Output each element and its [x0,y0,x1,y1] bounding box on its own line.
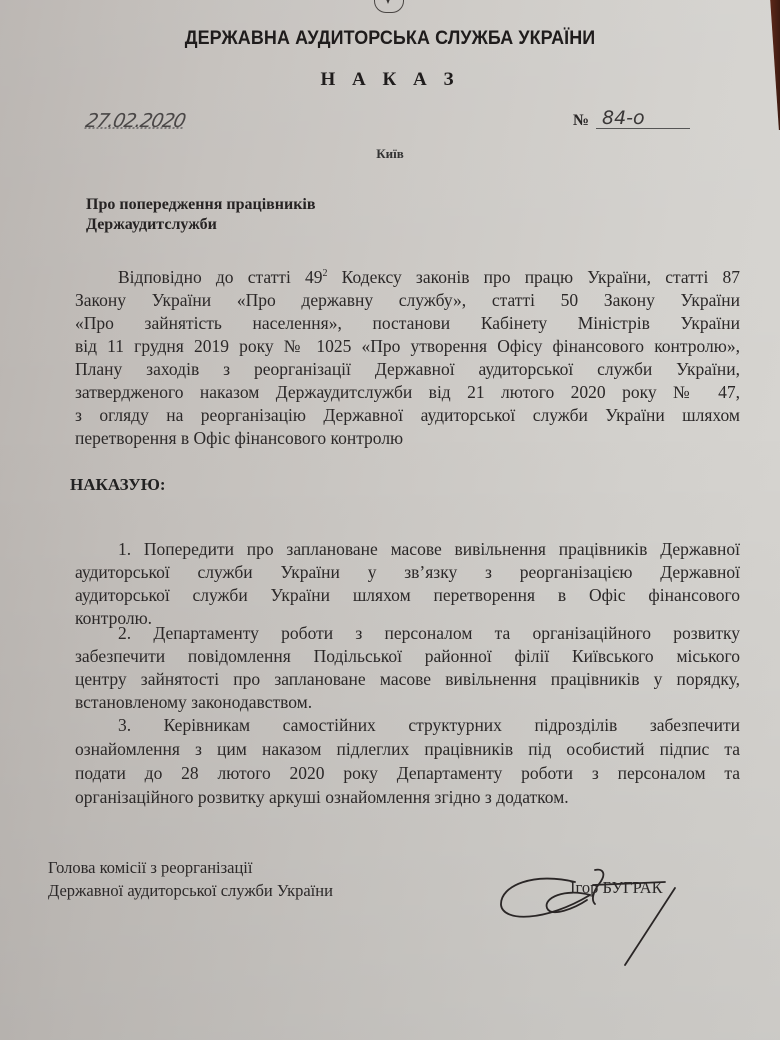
item-line: ознайомлення з цим наказом підлеглих пра… [75,738,740,760]
item-line: аудиторської служби України у зв’язку з … [75,561,740,583]
preamble-line: Закону України «Про державну службу», ст… [75,289,740,311]
signatory-name: Ігор БУГРАК [570,878,663,898]
item-line: встановленому законодавством. [75,691,740,713]
wooden-table-edge [766,0,780,130]
item-line: 3. Керівникам самостійних структурних пі… [118,714,740,736]
preamble-line: перетворення в Офіс фінансового контролю [75,427,740,449]
preamble-line: від 11 грудня 2019 року № 1025 «Про утво… [75,335,740,357]
item-line: центру зайнятості про заплановане масове… [75,668,740,690]
order-heading: НАКАЗУЮ: [70,475,166,495]
item-line: забезпечити повідомлення Подільської рай… [75,645,740,667]
preamble-line: «Про зайнятість населення», постанови Ка… [75,312,740,334]
trident-emblem-icon [374,0,404,13]
order-date: 27.02.2020 [84,110,187,132]
item-line: організаційного розвитку аркуші ознайомл… [75,786,740,808]
document-type-title: Н А К А З [0,69,780,91]
preamble-line: затвердженого наказом Держаудитслужби ві… [75,381,740,403]
preamble-line: Відповідно до статті 492 Кодексу законів… [118,266,740,288]
preamble-text: Кодексу законів про працю України, статт… [328,267,741,287]
preamble-line: з огляду на реорганізацію Державної ауди… [75,404,740,426]
subject-line-2: Держаудитслужби [86,216,217,234]
signatory-role-line-2: Державної аудиторської служби України [48,881,333,901]
order-number-label: № [573,112,589,130]
order-number-value: 84-о [596,108,690,129]
item-line: 1. Попередити про заплановане масове вив… [118,538,740,560]
preamble-text: Відповідно до статті 49 [118,267,323,287]
city: Київ [0,146,780,162]
item-line: подати до 28 лютого 2020 року Департамен… [75,762,740,784]
signatory-role-line-1: Голова комісії з реорганізації [48,858,252,878]
organization-name: ДЕРЖАВНА АУДИТОРСЬКА СЛУЖБА УКРАЇНИ [31,27,749,50]
item-line: 2. Департаменту роботи з персоналом та о… [118,622,740,644]
item-line: аудиторської служби України шляхом перет… [75,584,740,606]
subject-line-1: Про попередження працівників [86,196,316,214]
preamble-line: Плану заходів з реорганізації Державної … [75,358,740,380]
